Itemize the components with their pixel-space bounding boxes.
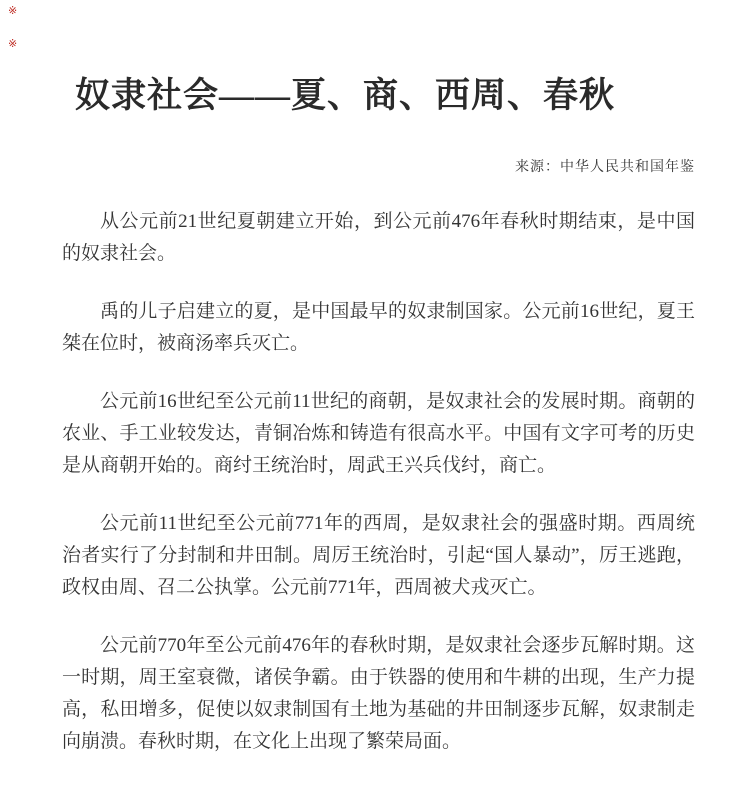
paragraph: 禹的儿子启建立的夏，是中国最早的奴隶制国家。公元前16世纪，夏王桀在位时，被商汤… [62, 296, 695, 360]
article-body: 从公元前21世纪夏朝建立开始，到公元前476年春秋时期结束，是中国的奴隶社会。 … [62, 206, 695, 758]
red-mark-icon: ※ [8, 38, 17, 49]
source-attribution: 来源：中华人民共和国年鉴 [62, 156, 695, 176]
red-mark-icon: ※ [8, 5, 17, 16]
page-title: 奴隶社会——夏、商、西周、春秋 [75, 0, 695, 118]
paragraph: 公元前770年至公元前476年的春秋时期，是奴隶社会逐步瓦解时期。这一时期，周王… [62, 630, 695, 758]
document-page: ※ ※ 奴隶社会——夏、商、西周、春秋 来源：中华人民共和国年鉴 从公元前21世… [0, 0, 750, 800]
paragraph: 公元前11世纪至公元前771年的西周，是奴隶社会的强盛时期。西周统治者实行了分封… [62, 508, 695, 604]
paragraph: 从公元前21世纪夏朝建立开始，到公元前476年春秋时期结束，是中国的奴隶社会。 [62, 206, 695, 270]
article-content: 奴隶社会——夏、商、西周、春秋 来源：中华人民共和国年鉴 从公元前21世纪夏朝建… [0, 0, 750, 758]
paragraph: 公元前16世纪至公元前11世纪的商朝，是奴隶社会的发展时期。商朝的农业、手工业较… [62, 386, 695, 482]
